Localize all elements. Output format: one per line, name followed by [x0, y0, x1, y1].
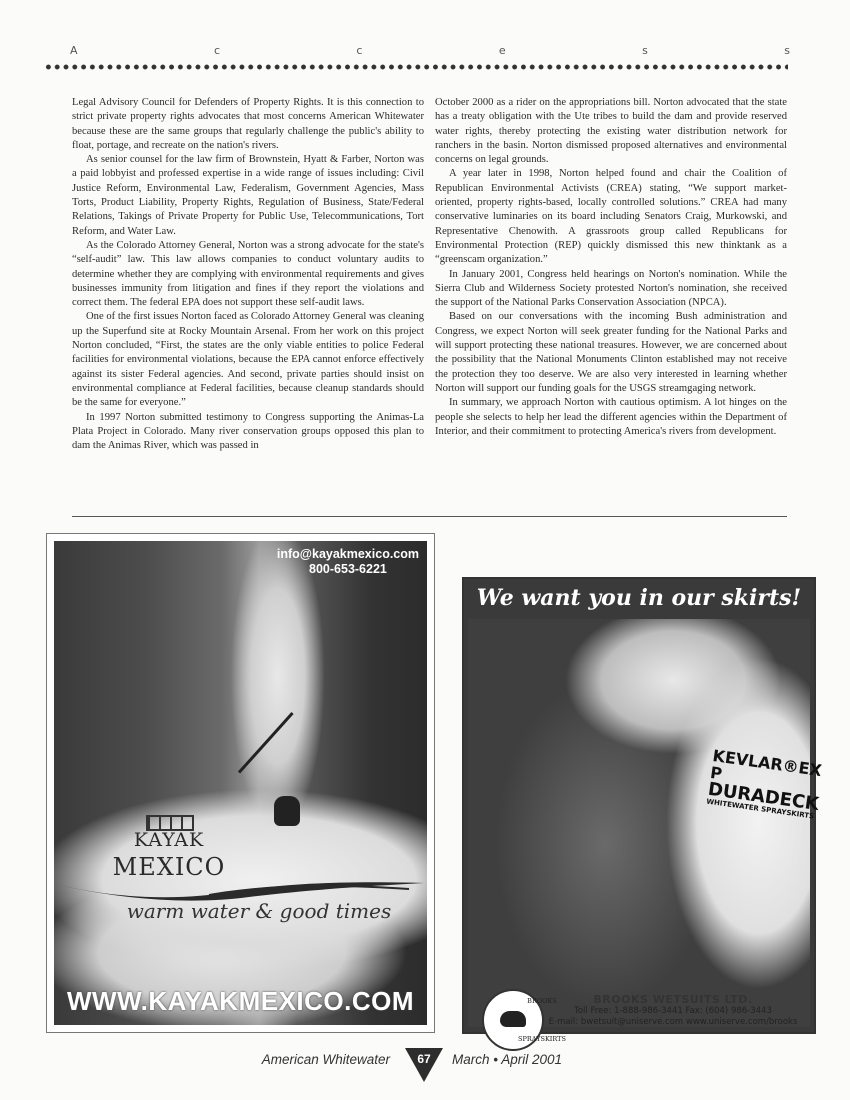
company-contact[interactable]: E-mail: bwetsuit@uniserve.com www.uniser… — [528, 1017, 818, 1028]
seal-animal-icon — [500, 1011, 526, 1027]
paragraph: One of the first issues Norton faced as … — [72, 310, 424, 410]
dotted-rule-divider — [44, 63, 788, 71]
paragraph: As senior counsel for the law firm of Br… — [72, 153, 424, 239]
models-waterfall-photo: KEVLAR®EX P DURADECK WHITEWATER SPRAYSKI… — [468, 619, 810, 1027]
page-number: 67 — [405, 1052, 443, 1066]
paragraph: Based on our conversations with the inco… — [435, 310, 787, 396]
paragraph: In summary, we approach Norton with caut… — [435, 396, 787, 439]
page-footer: American Whitewater 67 March • April 200… — [0, 1048, 850, 1088]
ad-url-link[interactable]: WWW.KAYAKMEXICO.COM — [54, 986, 427, 1017]
article-column-right: October 2000 as a rider on the appropria… — [435, 96, 787, 453]
paragraph: In 1997 Norton submitted testimony to Co… — [72, 411, 424, 454]
product-name: KEVLAR®EX P DURADECK WHITEWATER SPRAYSKI… — [706, 747, 823, 822]
seal-bottom-text: SPRAYSKIRTS — [513, 1035, 571, 1043]
kayaker-figure — [274, 796, 300, 826]
ad-email: info@kayakmexico.com — [277, 547, 419, 562]
paragraph: October 2000 as a rider on the appropria… — [435, 96, 787, 167]
paragraph: Legal Advisory Council for Defenders of … — [72, 96, 424, 153]
article-body: Legal Advisory Council for Defenders of … — [72, 96, 787, 453]
ad-phone: 800-653-6221 — [277, 562, 419, 577]
paragraph: As the Colorado Attorney General, Norton… — [72, 239, 424, 310]
article-column-left: Legal Advisory Council for Defenders of … — [72, 96, 424, 453]
paddle-icon — [238, 712, 294, 773]
issue-date: March • April 2001 — [452, 1052, 562, 1067]
header-letter: c — [356, 44, 362, 60]
paragraph: In January 2001, Congress held hearings … — [435, 268, 787, 311]
header-letter: c — [214, 44, 220, 60]
paragraph: A year later in 1998, Norton helped foun… — [435, 167, 787, 267]
company-info: BROOKS WETSUITS LTD. Toll Free: 1-888-98… — [528, 993, 818, 1028]
ad-tagline: warm water & good times — [94, 899, 424, 923]
company-name: BROOKS WETSUITS LTD. — [528, 993, 818, 1006]
company-phone: Toll Free: 1-888-986-3441 Fax: (604) 986… — [528, 1006, 818, 1017]
ad-headline: We want you in our skirts! — [464, 585, 814, 611]
section-header-access: A c c e s s — [70, 44, 790, 60]
kayak-mexico-ad[interactable]: info@kayakmexico.com 800-653-6221 KAYAK … — [46, 533, 435, 1033]
header-letter: s — [784, 44, 790, 60]
header-letter: A — [70, 44, 78, 60]
publication-name: American Whitewater — [262, 1052, 390, 1067]
header-letter: e — [499, 44, 506, 60]
brooks-sprayskirts-ad[interactable]: We want you in our skirts! KEVLAR®EX P D… — [462, 577, 816, 1034]
header-letter: s — [642, 44, 648, 60]
ad-contact: info@kayakmexico.com 800-653-6221 — [277, 547, 419, 577]
horizontal-rule — [72, 516, 787, 517]
logo-text-kayak: KAYAK — [54, 829, 284, 851]
waterfall-kayak-photo: info@kayakmexico.com 800-653-6221 KAYAK … — [54, 541, 427, 1025]
